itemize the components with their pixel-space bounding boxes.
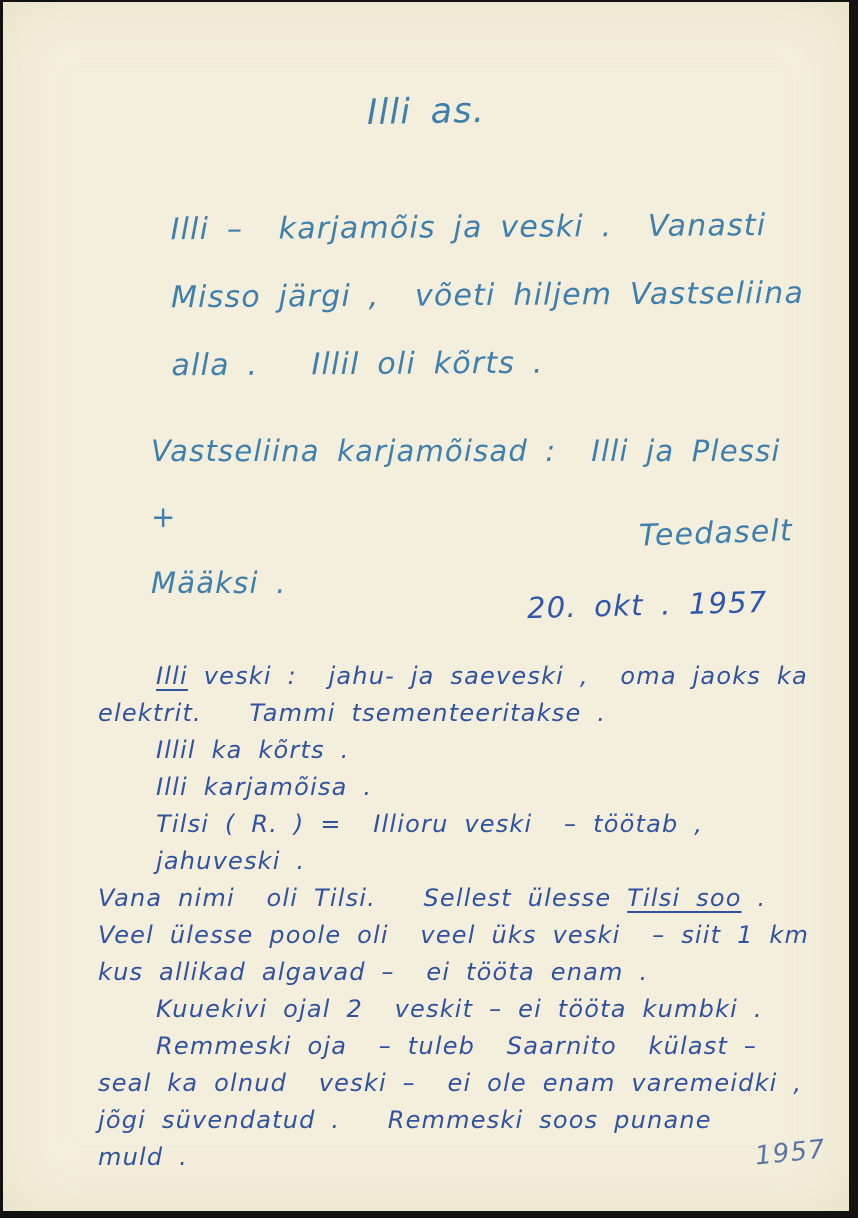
- handwritten-line: elektrit. Tammi tsementeeritakse .: [98, 695, 818, 732]
- text-segment: kus allikad algavad – ei tööta enam .: [98, 958, 648, 986]
- text-segment: Misso järgi , võeti hiljem Vastseliina: [171, 276, 804, 315]
- handwritten-line: Illi veski : jahu- ja saeveski , oma jao…: [98, 658, 818, 695]
- handwritten-line: Remmeski oja – tuleb Saarnito külast –: [98, 1028, 818, 1065]
- text-segment: Illi – karjamõis ja veski . Vanasti: [170, 208, 766, 247]
- handwritten-line: muld .: [98, 1139, 818, 1176]
- notes-section: Illi veski : jahu- ja saeveski , oma jao…: [98, 658, 818, 1176]
- text-segment: Remmeski oja – tuleb Saarnito külast –: [156, 1032, 757, 1060]
- text-segment: .: [742, 884, 767, 912]
- text-segment: Illil ka kõrts .: [156, 736, 349, 764]
- handwritten-line: Illi – karjamõis ja veski . Vanasti: [170, 192, 810, 264]
- handwritten-line: Kuuekivi ojal 2 veskit – ei tööta kumbki…: [98, 991, 818, 1028]
- handwritten-line: Illil ka kõrts .: [98, 732, 818, 769]
- handwritten-line: kus allikad algavad – ei tööta enam .: [98, 954, 818, 991]
- signature: Teedaselt: [638, 513, 793, 553]
- text-segment: veski : jahu- ja saeveski , oma jaoks ka: [188, 662, 808, 690]
- handwritten-line: jõgi süvendatud . Remmeski soos punane: [98, 1102, 818, 1139]
- text-segment: alla . Illil oli kõrts .: [171, 346, 543, 384]
- underlined-text: Tilsi soo: [627, 884, 741, 912]
- handwritten-line: seal ka olnud veski – ei ole enam vareme…: [98, 1065, 818, 1102]
- handwritten-line: Illi karjamõisa .: [98, 769, 818, 806]
- text-segment: Määksi .: [151, 566, 287, 600]
- text-segment: Illi karjamõisa .: [156, 773, 372, 801]
- date-line: 20. okt . 1957: [527, 585, 768, 625]
- handwritten-line: alla . Illil oli kõrts .: [171, 328, 811, 400]
- text-segment: Tilsi ( R. ) = Illioru veski – töötab , …: [156, 810, 719, 875]
- handwritten-line: Veel ülesse poole oli veel üks veski – s…: [98, 917, 818, 954]
- text-segment: seal ka olnud veski – ei ole enam vareme…: [98, 1069, 802, 1097]
- handwritten-line: Misso järgi , võeti hiljem Vastseliina: [171, 260, 811, 332]
- intro-paragraph: Illi – karjamõis ja veski . VanastiMisso…: [170, 192, 811, 400]
- text-segment: Kuuekivi ojal 2 veskit – ei tööta kumbki…: [156, 995, 763, 1023]
- handwritten-line: Vana nimi oli Tilsi. Sellest ülesse Tils…: [98, 880, 818, 917]
- text-segment: Vana nimi oli Tilsi. Sellest ülesse: [98, 884, 627, 912]
- handwritten-line: Tilsi ( R. ) = Illioru veski – töötab , …: [98, 806, 818, 880]
- document-page: Illi as. Illi – karjamõis ja veski . Van…: [3, 2, 849, 1211]
- underlined-text: Illi: [156, 662, 188, 690]
- text-segment: muld .: [98, 1143, 188, 1171]
- text-segment: Veel ülesse poole oli veel üks veski – s…: [98, 921, 809, 949]
- text-segment: jõgi süvendatud . Remmeski soos punane: [98, 1106, 712, 1134]
- page-title: Illi as.: [3, 85, 850, 140]
- text-segment: elektrit. Tammi tsementeeritakse .: [98, 699, 606, 727]
